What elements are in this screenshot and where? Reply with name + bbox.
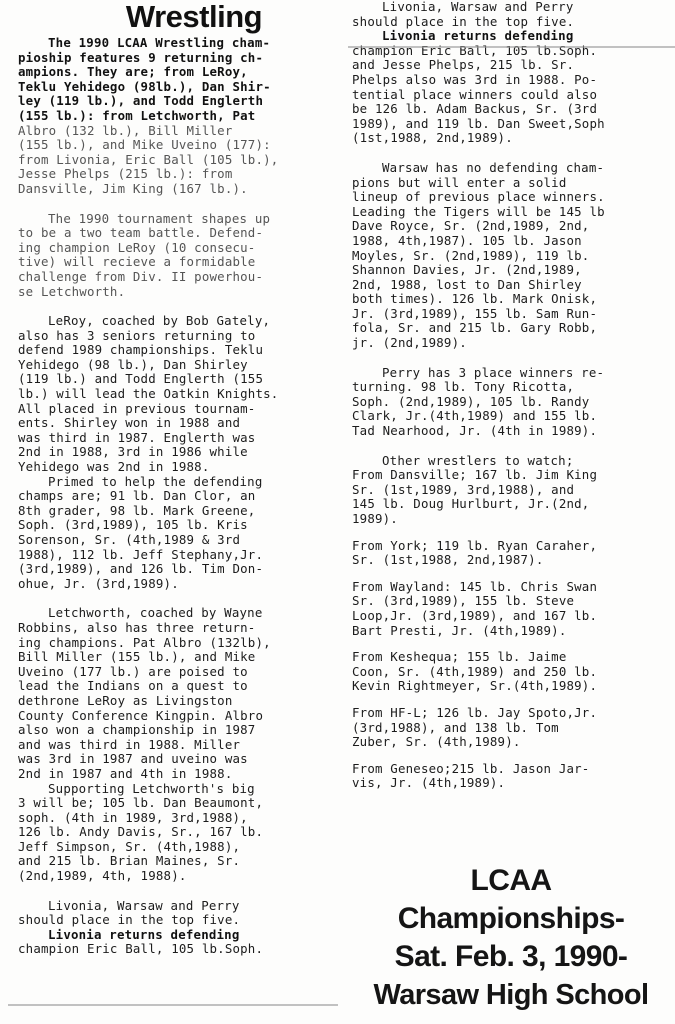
- text-line: Shannon Davies, Jr. (2nd,1989,: [352, 263, 672, 278]
- text-line: 1989).: [352, 512, 672, 527]
- text-line: 1988, 4th,1987). 105 lb. Jason: [352, 234, 672, 249]
- text-line: Primed to help the defending: [18, 475, 340, 490]
- text-line: ampions. They are; from LeRoy,: [18, 65, 340, 80]
- scan-rule-left: [8, 1004, 338, 1006]
- text-line: lead the Indians on a quest to: [18, 679, 340, 694]
- text-line: Soph. (2nd,1989), 105 lb. Randy: [352, 395, 672, 410]
- text-line: Livonia returns defending: [18, 928, 340, 943]
- text-line: (119 lb.) and Todd Englerth (155: [18, 372, 340, 387]
- text-line: Robbins, also has three return-: [18, 621, 340, 636]
- text-line: Livonia returns defending: [352, 29, 672, 44]
- paragraph-wayland: From Wayland: 145 lb. Chris SwanSr. (3rd…: [352, 580, 672, 638]
- text-line: From Geneseo;215 lb. Jason Jar-: [352, 762, 672, 777]
- text-line: 2nd in 1988, 3rd in 1986 while: [18, 445, 340, 460]
- paragraph-geneseo: From Geneseo;215 lb. Jason Jar-vis, Jr. …: [352, 762, 672, 791]
- text-line: ing champion LeRoy (10 consecu-: [18, 241, 340, 256]
- text-line: pioship features 9 returning ch-: [18, 51, 340, 66]
- paragraph-livonia-start: Livonia returns defendingchampion Eric B…: [18, 928, 340, 957]
- paragraph-perry: Perry has 3 place winners re-turning. 98…: [352, 366, 672, 439]
- text-line: tive) will recieve a formidable: [18, 255, 340, 270]
- text-line: soph. (4th in 1989, 3rd,1988),: [18, 811, 340, 826]
- promo-line-4: Warsaw High School: [352, 976, 670, 1014]
- text-line: Moyles, Sr. (2nd,1989), 119 lb.: [352, 249, 672, 264]
- promo-line-3: Sat. Feb. 3, 1990-: [352, 938, 670, 976]
- text-line: jr. (2nd,1989).: [352, 336, 672, 351]
- text-line: lineup of previous place winners.: [352, 190, 672, 205]
- text-line: Clark, Jr.(4th,1989) and 155 lb.: [352, 409, 672, 424]
- paragraph-letchworth-support: Supporting Letchworth's big3 will be; 10…: [18, 782, 340, 884]
- event-promo: LCAA Championships- Sat. Feb. 3, 1990- W…: [352, 862, 670, 1014]
- text-line: 126 lb. Andy Davis, Sr., 167 lb.: [18, 825, 340, 840]
- text-line: Sorenson, Sr. (4th,1989 & 3rd: [18, 533, 340, 548]
- text-line: Warsaw has no defending cham-: [352, 161, 672, 176]
- text-line: and 215 lb. Brian Maines, Sr.: [18, 854, 340, 869]
- text-line: ohue, Jr. (3rd,1989).: [18, 577, 340, 592]
- text-line: was third in 1987. Englerth was: [18, 431, 340, 446]
- paragraph-tournament-outlook: The 1990 tournament shapes upto be a two…: [18, 212, 340, 300]
- paragraph-york: From York; 119 lb. Ryan Caraher,Sr. (1st…: [352, 539, 672, 568]
- text-line: Tad Nearhood, Jr. (4th in 1989).: [352, 424, 672, 439]
- text-line: Sr. (1st,1989, 3rd,1988), and: [352, 483, 672, 498]
- text-line: Uveino (177 lb.) are poised to: [18, 665, 340, 680]
- text-line: lb.) will lead the Oatkin Knights.: [18, 387, 340, 402]
- text-line: Yehidego (98 lb.), Dan Shirley: [18, 358, 340, 373]
- text-line: (1st,1988, 2nd,1989).: [352, 131, 672, 146]
- text-line: Bart Presti, Jr. (4th,1989).: [352, 624, 672, 639]
- left-column: Wrestling The 1990 LCAA Wrestling cham-p…: [18, 0, 340, 957]
- text-line: Supporting Letchworth's big: [18, 782, 340, 797]
- text-line: From York; 119 lb. Ryan Caraher,: [352, 539, 672, 554]
- text-line: (155 lb.): from Letchworth, Pat: [18, 109, 340, 124]
- text-line: (2nd,1989, 4th, 1988).: [18, 869, 340, 884]
- text-line: 2nd in 1987 and 4th in 1988.: [18, 767, 340, 782]
- text-line: From Dansville; 167 lb. Jim King: [352, 468, 672, 483]
- text-line: defend 1989 championships. Teklu: [18, 343, 340, 358]
- text-line: and Jesse Phelps, 215 lb. Sr.: [352, 58, 672, 73]
- text-line: From Wayland: 145 lb. Chris Swan: [352, 580, 672, 595]
- paragraph-intro: The 1990 LCAA Wrestling cham-pioship fea…: [18, 36, 340, 197]
- promo-line-1: LCAA: [352, 862, 670, 900]
- article-headline: Wrestling: [18, 0, 340, 34]
- text-line: Dansville, Jim King (167 lb.).: [18, 182, 340, 197]
- text-line: Zuber, Sr. (4th,1989).: [352, 735, 672, 750]
- text-line: be 126 lb. Adam Backus, Sr. (3rd: [352, 102, 672, 117]
- text-line: The 1990 tournament shapes up: [18, 212, 340, 227]
- text-line: From Keshequa; 155 lb. Jaime: [352, 650, 672, 665]
- text-line: fola, Sr. and 215 lb. Gary Robb,: [352, 321, 672, 336]
- text-line: champs are; 91 lb. Dan Clor, an: [18, 489, 340, 504]
- text-line: se Letchworth.: [18, 285, 340, 300]
- text-line: dethrone LeRoy as Livingston: [18, 694, 340, 709]
- paragraph-leroy: LeRoy, coached by Bob Gately,also has 3 …: [18, 314, 340, 475]
- text-line: ents. Shirley won in 1988 and: [18, 416, 340, 431]
- text-line: 145 lb. Doug Hurlburt, Jr.(2nd,: [352, 497, 672, 512]
- text-line: should place in the top five.: [352, 15, 672, 30]
- newspaper-page: Wrestling The 1990 LCAA Wrestling cham-p…: [0, 0, 675, 1024]
- text-line: challenge from Div. II powerhou-: [18, 270, 340, 285]
- text-line: and was third in 1988. Miller: [18, 738, 340, 753]
- text-line: Livonia, Warsaw and Perry: [352, 0, 672, 15]
- scan-rule-right: [348, 46, 675, 48]
- text-line: Other wrestlers to watch;: [352, 454, 672, 469]
- text-line: (3rd,1988), and 138 lb. Tom: [352, 721, 672, 736]
- text-line: vis, Jr. (4th,1989).: [352, 776, 672, 791]
- paragraph-top-five: Livonia, Warsaw and Perryshould place in…: [18, 899, 340, 928]
- text-line: both times). 126 lb. Mark Onisk,: [352, 292, 672, 307]
- paragraph-warsaw: Warsaw has no defending cham-pions but w…: [352, 161, 672, 351]
- text-line: Sr. (1st,1988, 2nd,1987).: [352, 553, 672, 568]
- text-line: Phelps also was 3rd in 1988. Po-: [352, 73, 672, 88]
- paragraph-top-five-repeat: Livonia, Warsaw and Perryshould place in…: [352, 0, 672, 29]
- text-line: Yehidego was 2nd in 1988.: [18, 460, 340, 475]
- text-line: turning. 98 lb. Tony Ricotta,: [352, 380, 672, 395]
- text-line: 8th grader, 98 lb. Mark Greene,: [18, 504, 340, 519]
- text-line: Jr. (3rd,1989), 155 lb. Sam Run-: [352, 307, 672, 322]
- text-line: Letchworth, coached by Wayne: [18, 606, 340, 621]
- text-line: 1988), 112 lb. Jeff Stephany,Jr.: [18, 548, 340, 563]
- text-line: (155 lb.), and Mike Uveino (177):: [18, 138, 340, 153]
- text-line: Leading the Tigers will be 145 lb: [352, 205, 672, 220]
- text-line: The 1990 LCAA Wrestling cham-: [18, 36, 340, 51]
- text-line: Sr. (3rd,1989), 155 lb. Steve: [352, 594, 672, 609]
- text-line: should place in the top five.: [18, 913, 340, 928]
- text-line: pions but will enter a solid: [352, 176, 672, 191]
- text-line: Dave Royce, Sr. (2nd,1989, 2nd,: [352, 219, 672, 234]
- text-line: Bill Miller (155 lb.), and Mike: [18, 650, 340, 665]
- text-line: LeRoy, coached by Bob Gately,: [18, 314, 340, 329]
- text-line: Perry has 3 place winners re-: [352, 366, 672, 381]
- text-line: tential place winners could also: [352, 88, 672, 103]
- text-line: 1989), and 119 lb. Dan Sweet,Soph: [352, 117, 672, 132]
- text-line: from Livonia, Eric Ball (105 lb.),: [18, 153, 340, 168]
- text-line: From HF-L; 126 lb. Jay Spoto,Jr.: [352, 706, 672, 721]
- text-line: champion Eric Ball, 105 lb.Soph.: [18, 942, 340, 957]
- right-column: Livonia, Warsaw and Perryshould place in…: [352, 0, 672, 791]
- text-line: also won a championship in 1987: [18, 723, 340, 738]
- paragraph-others-dansville: Other wrestlers to watch;From Dansville;…: [352, 454, 672, 527]
- text-line: Coon, Sr. (4th,1989) and 250 lb.: [352, 665, 672, 680]
- text-line: All placed in previous tournam-: [18, 402, 340, 417]
- text-line: was 3rd in 1987 and uveino was: [18, 752, 340, 767]
- paragraph-hfl: From HF-L; 126 lb. Jay Spoto,Jr.(3rd,198…: [352, 706, 672, 750]
- text-line: Kevin Rightmeyer, Sr.(4th,1989).: [352, 679, 672, 694]
- promo-line-2: Championships-: [352, 900, 670, 938]
- paragraph-keshequa: From Keshequa; 155 lb. JaimeCoon, Sr. (4…: [352, 650, 672, 694]
- text-line: 2nd, 1988, lost to Dan Shirley: [352, 278, 672, 293]
- text-line: also has 3 seniors returning to: [18, 329, 340, 344]
- text-line: ley (119 lb.), and Todd Englerth: [18, 94, 340, 109]
- text-line: Jesse Phelps (215 lb.): from: [18, 167, 340, 182]
- text-line: Teklu Yehidego (98lb.), Dan Shir-: [18, 80, 340, 95]
- text-line: Albro (132 lb.), Bill Miller: [18, 124, 340, 139]
- text-line: County Conference Kingpin. Albro: [18, 709, 340, 724]
- text-line: Loop,Jr. (3rd,1989), and 167 lb.: [352, 609, 672, 624]
- text-line: Livonia, Warsaw and Perry: [18, 899, 340, 914]
- text-line: to be a two team battle. Defend-: [18, 226, 340, 241]
- text-line: Jeff Simpson, Sr. (4th,1988),: [18, 840, 340, 855]
- text-line: 3 will be; 105 lb. Dan Beaumont,: [18, 796, 340, 811]
- paragraph-letchworth: Letchworth, coached by WayneRobbins, als…: [18, 606, 340, 781]
- text-line: ing champions. Pat Albro (132lb),: [18, 636, 340, 651]
- text-line: Soph. (3rd,1989), 105 lb. Kris: [18, 518, 340, 533]
- paragraph-leroy-support: Primed to help the defendingchamps are; …: [18, 475, 340, 592]
- text-line: (3rd,1989), and 126 lb. Tim Don-: [18, 562, 340, 577]
